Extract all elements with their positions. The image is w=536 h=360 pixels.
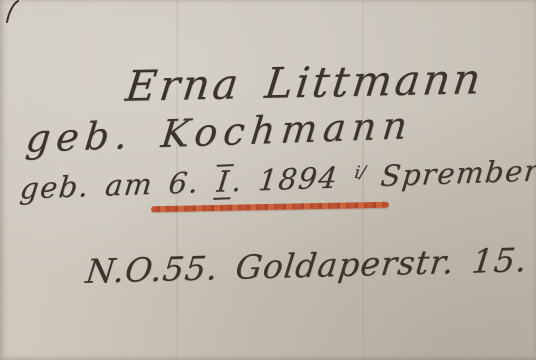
maiden-name-line: geb. Kochmann (24, 103, 415, 161)
birth-place: Spremberg. (379, 152, 536, 193)
birth-year: . 1894 (230, 160, 355, 198)
birth-date-prefix: geb. am 6. (18, 165, 217, 206)
name-line: Erna Littmann (123, 54, 486, 111)
address-line: N.O.55. Goldaperstr. 15. (84, 240, 530, 291)
photographed-document: Erna Littmann geb. Kochmann geb. am 6. I… (0, 0, 536, 360)
birth-date-line: geb. am 6. I. 1894 i/ Spremberg. (18, 152, 536, 206)
red-crayon-date-underline (151, 202, 389, 213)
stray-ink-mark (2, 0, 32, 26)
birth-place-marker: i/ (354, 161, 367, 181)
